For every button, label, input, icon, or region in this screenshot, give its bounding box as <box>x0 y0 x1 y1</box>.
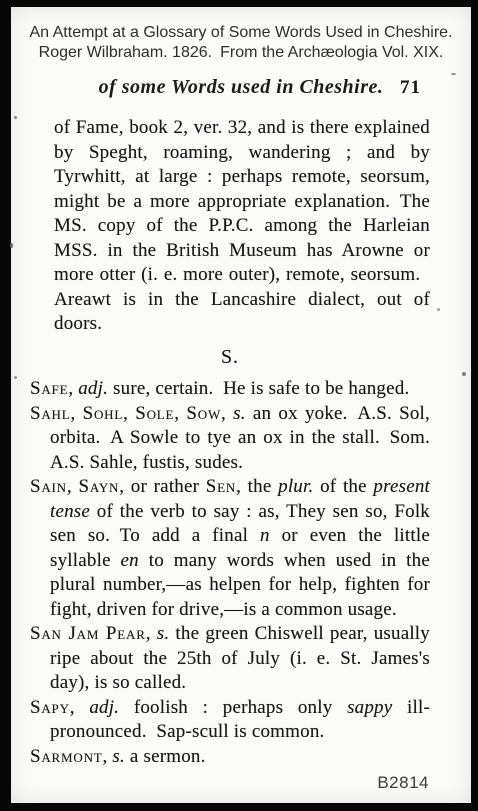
glossary-entry: Sapy, adj. foolish : perhaps only sappy … <box>30 696 430 745</box>
entry-italic-text: en <box>121 550 139 571</box>
glossary-entry: Safe, adj. sure, certain. He is safe to … <box>30 377 430 402</box>
entry-text: foolish : perhaps only <box>119 697 347 718</box>
entry-text: , <box>67 476 79 497</box>
entry-italic-text: adj. <box>89 697 119 718</box>
entry-text: , <box>103 746 113 767</box>
entry-text: , <box>70 403 82 424</box>
entry-text: , <box>221 403 233 424</box>
entry-italic-text: adj. <box>78 378 108 399</box>
glossary-entry: Sain, Sayn, or rather Sen, the plur. of … <box>30 475 430 622</box>
entry-italic-text: sappy <box>347 697 392 718</box>
entry-headword: Sole <box>135 403 174 424</box>
entry-headword: San Jam Pear <box>30 623 146 644</box>
entry-italic-text: s. <box>157 623 170 644</box>
entry-headword: Sen <box>206 476 236 497</box>
entry-headword: Sain <box>30 476 67 497</box>
entry-headword: Sapy <box>30 697 70 718</box>
entry-text: of the <box>313 476 373 497</box>
continued-paragraph: of Fame, book 2, ver. 32, and is there e… <box>54 116 430 337</box>
entry-text: , <box>68 378 78 399</box>
entry-text: , or rather <box>119 476 206 497</box>
attribution-header: An Attempt at a Glossary of Some Words U… <box>11 23 471 63</box>
entry-italic-text: s. <box>112 746 125 767</box>
running-head: of some Words used in Cheshire. 71 <box>11 76 471 102</box>
entry-text: a sermon. <box>125 746 206 767</box>
entry-italic-text: plur. <box>278 476 313 497</box>
entry-headword: Safe <box>30 378 68 399</box>
glossary-entry: Sarmont, s. a sermon. <box>30 745 430 770</box>
entry-text: sure, certain. He is safe to be hanged. <box>108 378 409 399</box>
glossary-entry: Sahl, Sohl, Sole, Sow, s. an ox yoke. A.… <box>30 402 430 476</box>
entry-italic-text: s. <box>233 403 246 424</box>
entry-text: , <box>174 403 186 424</box>
entry-text: , <box>123 403 135 424</box>
catalog-stamp: B2814 <box>377 773 429 793</box>
attribution-line2: Roger Wilbraham. 1826. From the Archæolo… <box>11 43 471 63</box>
running-head-title: of some Words used in Cheshire. <box>99 76 384 98</box>
entry-headword: Sarmont <box>30 746 103 767</box>
entry-italic-text: n <box>260 525 270 546</box>
section-heading: S. <box>30 345 430 370</box>
entry-headword: Sahl <box>30 403 70 424</box>
entry-headword: Sohl <box>83 403 123 424</box>
scanned-document: { "page": { "background": "#fbfbf9", "bo… <box>0 0 478 811</box>
attribution-line1: An Attempt at a Glossary of Some Words U… <box>11 23 471 43</box>
glossary-entry: San Jam Pear, s. the green Chiswell pear… <box>30 622 430 696</box>
entry-text: , <box>146 623 157 644</box>
entry-text: , <box>70 697 90 718</box>
entries-list: Safe, adj. sure, certain. He is safe to … <box>30 377 430 769</box>
page-number: 71 <box>400 77 421 99</box>
book-page: An Attempt at a Glossary of Some Words U… <box>11 7 471 803</box>
entry-headword: Sow <box>186 403 221 424</box>
page-text-block: of Fame, book 2, ver. 32, and is there e… <box>11 116 471 769</box>
entry-headword: Sayn <box>78 476 119 497</box>
entry-text: , the <box>236 476 278 497</box>
